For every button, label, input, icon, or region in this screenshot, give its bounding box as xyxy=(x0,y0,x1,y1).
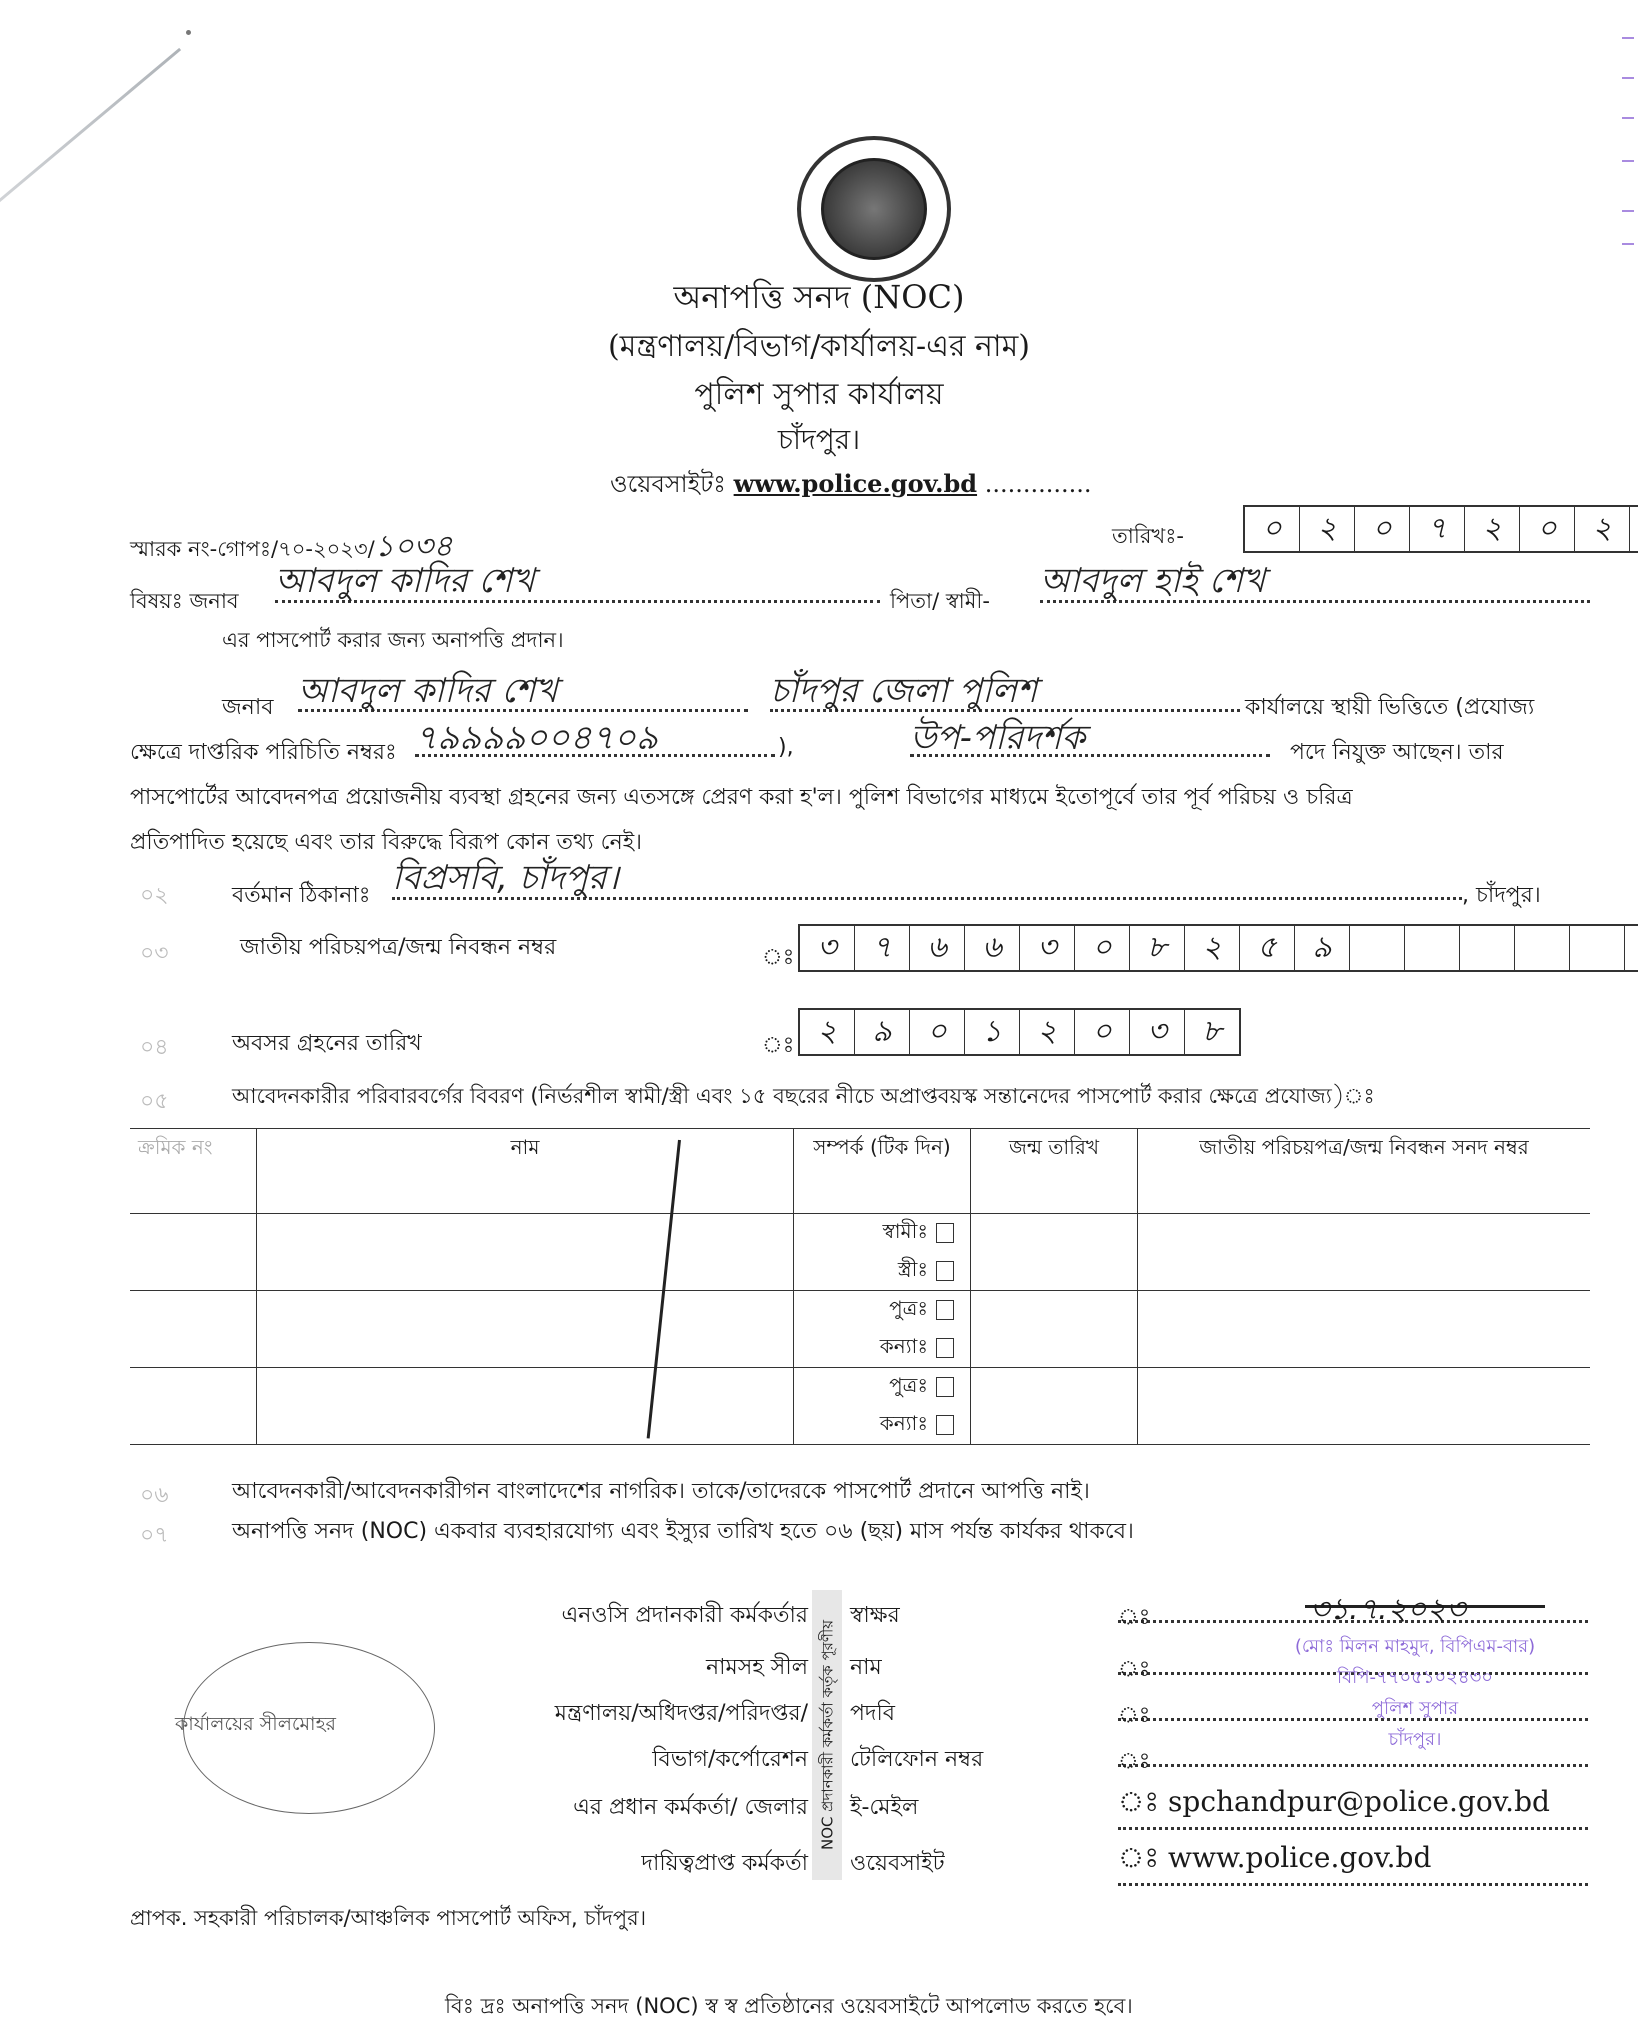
col-nid: জাতীয় পরিচয়পত্র/জন্ম নিবন্ধন সনদ নম্বর xyxy=(1138,1129,1591,1214)
digit-box: ৩ xyxy=(1130,1010,1185,1054)
digit-box: ০ xyxy=(1075,1010,1130,1054)
dob-cell xyxy=(971,1214,1138,1291)
nid-label: জাতীয় পরিচয়পত্র/জন্ম নিবন্ধন নম্বর xyxy=(240,930,556,967)
body-applicant-name: আবদুল কাদির শেখ xyxy=(298,665,748,712)
relation-label: স্বামীঃ xyxy=(883,1217,928,1250)
digit-box: ০ xyxy=(910,1010,965,1054)
digit-box xyxy=(1405,926,1460,970)
digit-box: ২ xyxy=(1575,507,1630,551)
item-number: ০২ xyxy=(140,878,169,915)
digit-box: ৩ xyxy=(1630,507,1638,551)
col-serial: ক্রমিক নং xyxy=(130,1129,257,1214)
nid-cell xyxy=(1138,1291,1591,1368)
digit-box: ৭ xyxy=(855,926,910,970)
digit-box: ২ xyxy=(1185,926,1240,970)
body-text-2: পদে নিযুক্ত আছেন। তার xyxy=(1290,735,1504,772)
nid-cell xyxy=(1138,1368,1591,1445)
relation-label: স্ত্রীঃ xyxy=(898,1255,928,1288)
father-label: পিতা/ স্বামী- xyxy=(890,585,990,620)
ministry-placeholder: (মন্ত্রণালয়/বিভাগ/কার্যালয়-এর নাম) xyxy=(0,322,1638,373)
family-table: ক্রমিক নং নাম সম্পর্ক (টিক দিন) জন্ম তার… xyxy=(130,1128,1590,1445)
digit-box: ৯ xyxy=(1295,926,1350,970)
office-name: পুলিশ সুপার কার্যালয় xyxy=(0,370,1638,421)
address-suffix: , চাঁদপুর। xyxy=(1462,878,1541,915)
signature-label: স্বাক্ষর xyxy=(850,1598,900,1635)
col-name: নাম xyxy=(257,1129,794,1214)
date-label: তারিখঃ- xyxy=(1112,520,1184,555)
body-text-1: কার্যালয়ে স্থায়ী ভিত্তিতে (প্রযোজ্য xyxy=(1245,690,1534,727)
relation-checkbox[interactable] xyxy=(936,1261,954,1281)
relation-checkbox[interactable] xyxy=(936,1415,954,1435)
digit-box: ৮ xyxy=(1185,1010,1239,1054)
digit-box: ৯ xyxy=(855,1010,910,1054)
website-url[interactable]: www.police.gov.bd xyxy=(734,469,977,498)
digit-box xyxy=(1515,926,1570,970)
family-intro: আবেদনকারীর পরিবারবর্গের বিবরণ (নির্ভরশীল… xyxy=(232,1080,1375,1115)
paper-fold-line xyxy=(0,48,181,217)
nid-cell xyxy=(1138,1214,1591,1291)
district-name: চাঁদপুর। xyxy=(0,418,1638,465)
digit-box: ০ xyxy=(1075,926,1130,970)
digit-box: ০ xyxy=(1520,507,1575,551)
nid-boxes: ৩৭৬৬৩০৮২৫৯ xyxy=(798,924,1638,972)
digit-box: ২ xyxy=(800,1010,855,1054)
serial-cell xyxy=(130,1291,257,1368)
father-name: আবদুল হাই শেখ xyxy=(1040,555,1590,603)
digit-box: ৩ xyxy=(800,926,855,970)
serial-cell xyxy=(130,1214,257,1291)
digit-box: ২ xyxy=(1020,1010,1075,1054)
official-id-label: ক্ষেত্রে দাপ্তরিক পরিচিতি নম্বরঃ xyxy=(130,735,397,772)
address-value: বিপ্রসবি, চাঁদপুর। xyxy=(392,852,1462,900)
office-seal-label: কার্যালয়ের সীলমোহর xyxy=(175,1710,336,1742)
email-value[interactable]: spchandpur@police.gov.bd xyxy=(1168,1785,1550,1818)
name-label: নাম xyxy=(850,1650,882,1687)
margin-tick xyxy=(1622,77,1634,79)
date-boxes: ০২০৭২০২৩ xyxy=(1243,505,1638,553)
relation-label: কন্যাঃ xyxy=(880,1332,928,1365)
body-text-3: পাসপোর্টের আবেদনপত্র প্রয়োজনীয় ব্যবস্থ… xyxy=(130,780,1353,817)
body-office-name: চাঁদপুর জেলা পুলিশ xyxy=(770,665,1240,712)
website-label: ওয়েবসাইট xyxy=(850,1846,945,1883)
signatory-label: মন্ত্রণালয়/অধিদপ্তর/পরিদপ্তর/ xyxy=(555,1696,808,1733)
email-field: ঃ spchandpur@police.gov.bd xyxy=(1118,1780,1588,1830)
dob-cell xyxy=(971,1291,1138,1368)
relation-label: পুত্রঃ xyxy=(889,1294,928,1327)
relation-checkbox[interactable] xyxy=(936,1300,954,1320)
col-relation: সম্পর্ক (টিক দিন) xyxy=(794,1129,971,1214)
relation-checkbox[interactable] xyxy=(936,1377,954,1397)
serial-cell xyxy=(130,1368,257,1445)
digit-box: ৬ xyxy=(910,926,965,970)
janab-label: জনাব xyxy=(222,690,273,727)
margin-tick xyxy=(1622,160,1634,162)
address-label: বর্তমান ঠিকানাঃ xyxy=(232,878,371,915)
digit-box: ০ xyxy=(1355,507,1410,551)
designation-label: পদবি xyxy=(850,1696,895,1733)
table-row: পুত্রঃকন্যাঃ xyxy=(130,1368,1590,1445)
digit-box: ৫ xyxy=(1240,926,1295,970)
applicant-name: আবদুল কাদির শেখ xyxy=(275,555,880,603)
note-citizen: আবেদনকারী/আবেদনকারীগন বাংলাদেশের নাগরিক।… xyxy=(232,1474,1090,1511)
margin-tick xyxy=(1622,210,1634,212)
subject-line: এর পাসপোর্ট করার জন্য অনাপত্তি প্রদান। xyxy=(222,624,564,659)
margin-tick xyxy=(1622,117,1634,119)
digit-box: ০ xyxy=(1245,507,1300,551)
digit-box xyxy=(1350,926,1405,970)
retirement-date-boxes: ২৯০১২০৩৮ xyxy=(798,1008,1241,1056)
digit-box xyxy=(1460,926,1515,970)
signatory-label: এর প্রধান কর্মকর্তা/ জেলার xyxy=(573,1790,808,1827)
signatory-label: বিভাগ/কর্পোরেশন xyxy=(652,1742,808,1779)
name-cell xyxy=(257,1291,794,1368)
digit-box: ১ xyxy=(965,1010,1020,1054)
item-number: ০৪ xyxy=(140,1030,169,1067)
item-number: ০৬ xyxy=(140,1478,169,1515)
digit-box: ২ xyxy=(1465,507,1520,551)
official-id-value: ৭৯৯৯৯০০৪৭০৯ xyxy=(415,712,775,757)
retirement-colon: ঃ xyxy=(762,1028,794,1065)
digit-box: ৬ xyxy=(965,926,1020,970)
website-field: ঃ www.police.gov.bd xyxy=(1118,1836,1588,1886)
table-row: পুত্রঃকন্যাঃ xyxy=(130,1291,1590,1368)
digit-box: ৩ xyxy=(1020,926,1075,970)
signature-date: ৩১.৭.২০২৩ xyxy=(1310,1585,1466,1636)
designation-value: উপ-পরিদর্শক xyxy=(910,712,1270,757)
subject-label: বিষয়ঃ জনাব xyxy=(130,585,239,620)
vertical-band-label: NOC প্রদানকারী কর্মকর্তা কর্তৃক পূরণীয় xyxy=(812,1590,842,1880)
recipient-line: প্রাপক. সহকারী পরিচালক/আঞ্চলিক পাসপোর্ট … xyxy=(130,1902,646,1937)
name-cell xyxy=(257,1368,794,1445)
relation-checkbox[interactable] xyxy=(936,1338,954,1358)
digit-box: ৮ xyxy=(1130,926,1185,970)
document-title: অনাপত্তি সনদ (NOC) xyxy=(0,272,1638,326)
item-number: ০৫ xyxy=(140,1084,169,1121)
telephone-label: টেলিফোন নম্বর xyxy=(850,1742,983,1779)
name-cell xyxy=(257,1214,794,1291)
website-line: ওয়েবসাইটঃ www.police.gov.bd ...........… xyxy=(610,466,1092,506)
website-label: ওয়েবসাইটঃ xyxy=(610,470,726,498)
note-validity: অনাপত্তি সনদ (NOC) একবার ব্যবহারযোগ্য এব… xyxy=(232,1514,1134,1551)
scan-speck xyxy=(186,30,191,35)
email-label: ই-মেইল xyxy=(850,1790,918,1827)
government-seal-icon xyxy=(797,136,951,282)
signatory-label: দায়িত্বপ্রাপ্ত কর্মকর্তা xyxy=(641,1846,808,1883)
table-row: স্বামীঃস্ত্রীঃ xyxy=(130,1214,1590,1291)
relation-checkbox[interactable] xyxy=(936,1223,954,1243)
website-value[interactable]: www.police.gov.bd xyxy=(1168,1841,1431,1874)
dob-cell xyxy=(971,1368,1138,1445)
margin-tick xyxy=(1622,37,1634,39)
retirement-label: অবসর গ্রহনের তারিখ xyxy=(232,1026,422,1063)
digit-box: ২ xyxy=(1300,507,1355,551)
nid-colon: ঃ xyxy=(762,940,794,977)
official-stamp: (মোঃ মিলন মাহমুদ, বিপিএম-বার) বিপি-৭৭০৫১… xyxy=(1245,1632,1585,1756)
col-dob: জন্ম তারিখ xyxy=(971,1129,1138,1214)
item-number: ০৭ xyxy=(140,1518,169,1555)
digit-box: ৭ xyxy=(1410,507,1465,551)
margin-tick xyxy=(1622,243,1634,245)
item-number: ০৩ xyxy=(140,936,169,973)
relation-label: কন্যাঃ xyxy=(880,1409,928,1442)
footer-note: বিঃ দ্রঃ অনাপত্তি সনদ (NOC) স্ব স্ব প্রত… xyxy=(445,1990,1133,2025)
digit-box xyxy=(1625,926,1638,970)
signatory-label: নামসহ সীল xyxy=(706,1650,808,1687)
digit-box xyxy=(1570,926,1625,970)
signatory-label: এনওসি প্রদানকারী কর্মকর্তার xyxy=(561,1598,808,1635)
relation-label: পুত্রঃ xyxy=(889,1371,928,1404)
